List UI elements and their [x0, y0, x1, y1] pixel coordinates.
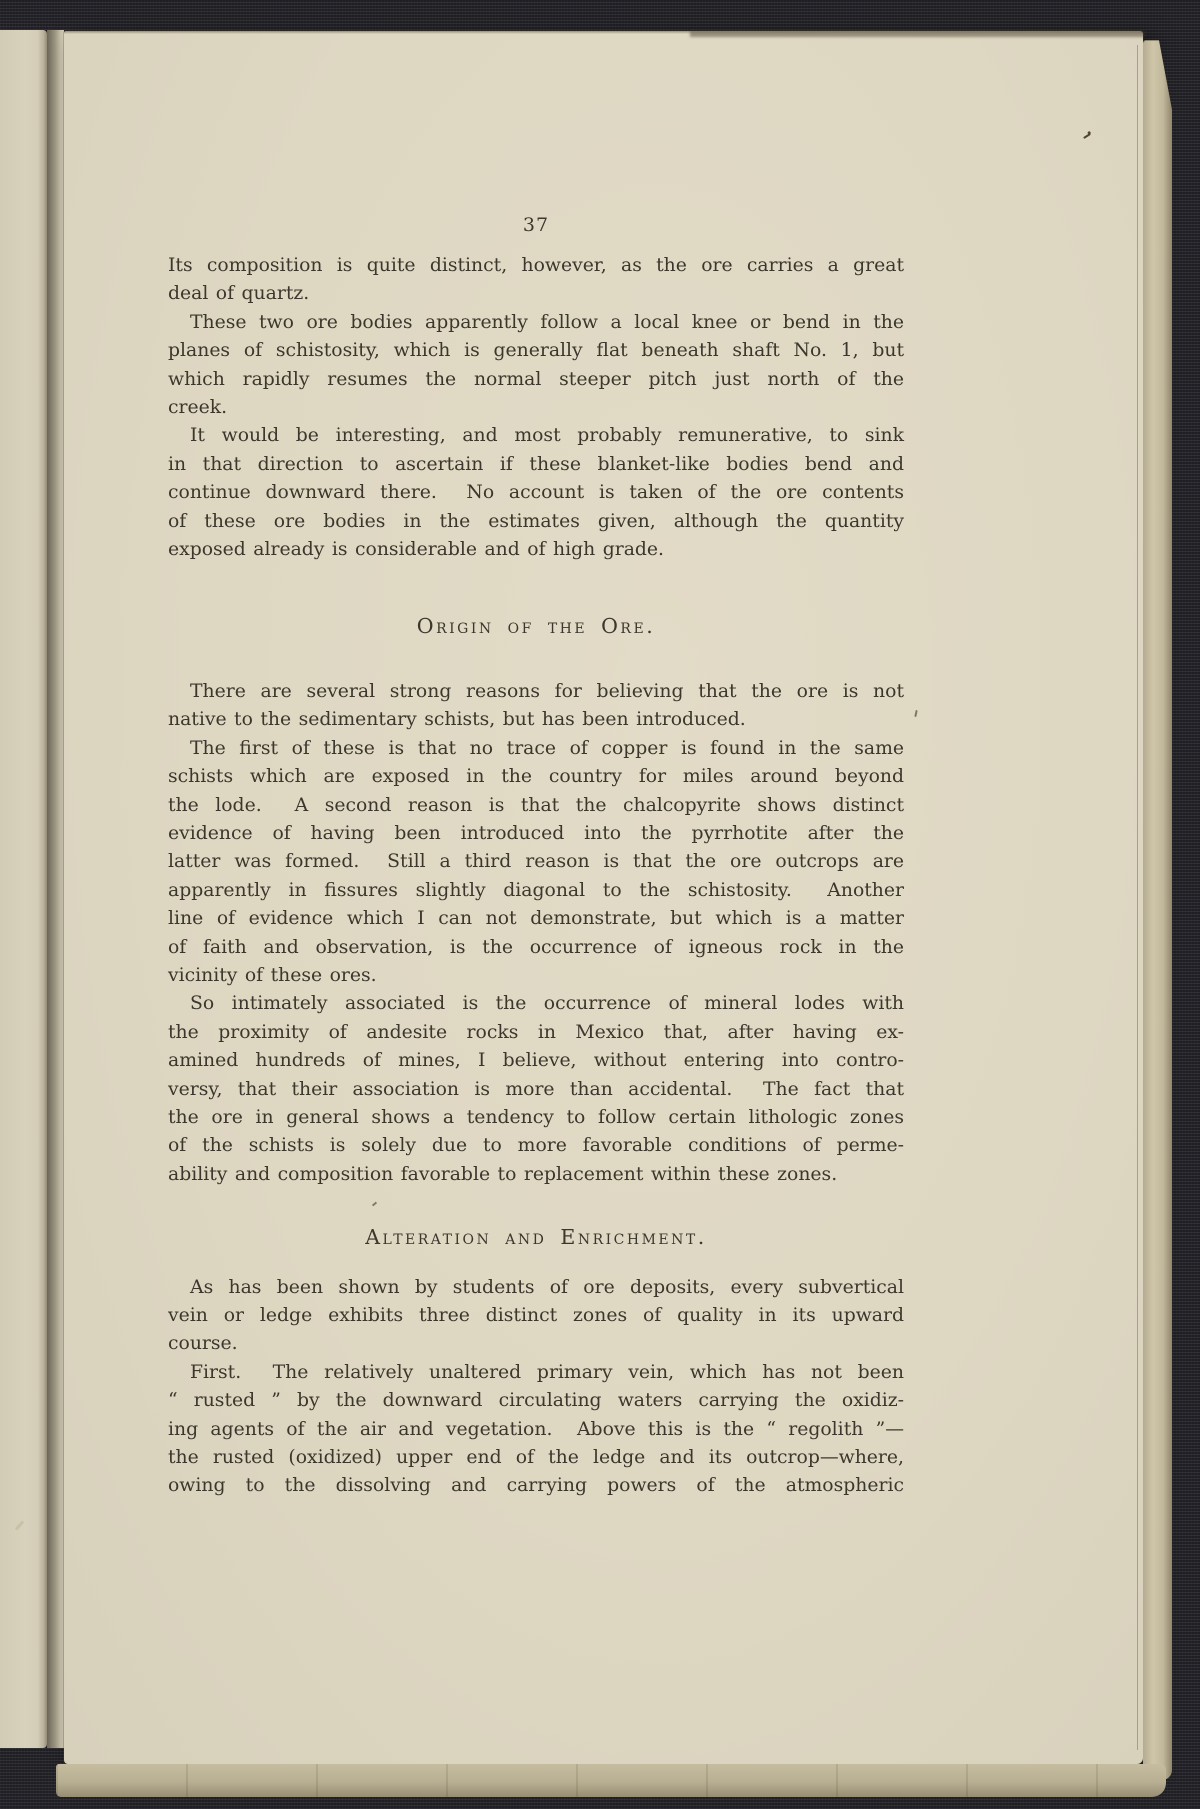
text-line: schists which are exposed in the country… [168, 763, 904, 791]
body-text: Its composition is quite distinct, howev… [168, 252, 904, 1501]
text-line: course. [168, 1330, 904, 1358]
text-line: of the schists is solely due to more fav… [168, 1132, 904, 1160]
text-line: the rusted (oxidized) upper end of the l… [168, 1444, 904, 1472]
text-line: Its composition is quite distinct, howev… [168, 252, 904, 280]
paragraph: It would be interesting, and most probab… [168, 422, 904, 564]
page-stack-bottom-edge [56, 1764, 1166, 1797]
scan-background: { "colors": { "background_cloth": "#2a2a… [0, 0, 1200, 1809]
section-heading-alteration-and-enrichment: Alteration and Enrichment. [168, 1223, 904, 1251]
text-line: which rapidly resumes the normal steeper… [168, 366, 904, 394]
text-line: versy, that their association is more th… [168, 1076, 904, 1104]
text-line: owing to the dissolving and carrying pow… [168, 1472, 904, 1500]
text-line: the lode. A second reason is that the ch… [168, 792, 904, 820]
text-line: First. The relatively unaltered primary … [168, 1359, 904, 1387]
text-line: continue downward there. No account is t… [168, 479, 904, 507]
underpage-edge-line [1137, 45, 1138, 1750]
paragraph: These two ore bodies apparently follow a… [168, 309, 904, 423]
text-line: “ rusted ” by the downward circulating w… [168, 1387, 904, 1415]
paragraph: Its composition is quite distinct, howev… [168, 252, 904, 309]
text-line: of these ore bodies in the estimates giv… [168, 508, 904, 536]
text-line: vicinity of these ores. [168, 962, 904, 990]
paragraph: The first of these is that no trace of c… [168, 735, 904, 991]
text-line: line of evidence which I can not demonst… [168, 905, 904, 933]
text-line: latter was formed. Still a third reason … [168, 848, 904, 876]
paragraph: First. The relatively unaltered primary … [168, 1359, 904, 1501]
text-line: There are several strong reasons for bel… [168, 678, 904, 706]
page-top-edge-smudge [690, 31, 1145, 37]
paragraph: So intimately associated is the occurren… [168, 990, 904, 1189]
text-line: These two ore bodies apparently follow a… [168, 309, 904, 337]
page-number: 37 [168, 214, 904, 236]
paragraph: As has been shown by students of ore dep… [168, 1274, 904, 1359]
gutter-shadow [47, 30, 64, 1748]
text-line: deal of quartz. [168, 280, 904, 308]
text-line: the proximity of andesite rocks in Mexic… [168, 1019, 904, 1047]
text-line: ing agents of the air and vegetation. Ab… [168, 1416, 904, 1444]
text-line: apparently in fissures slightly diagonal… [168, 877, 904, 905]
facing-page-edge [0, 30, 47, 1748]
text-line: exposed already is considerable and of h… [168, 536, 904, 564]
text-line: native to the sedimentary schists, but h… [168, 706, 904, 734]
text-line: the ore in general shows a tendency to f… [168, 1104, 904, 1132]
section-heading-origin-of-the-ore: Origin of the Ore. [168, 612, 904, 640]
text-line: in that direction to ascertain if these … [168, 451, 904, 479]
text-line: planes of schistosity, which is generall… [168, 337, 904, 365]
text-line: So intimately associated is the occurren… [168, 990, 904, 1018]
text-line: amined hundreds of mines, I believe, wit… [168, 1047, 904, 1075]
paragraph: There are several strong reasons for bel… [168, 678, 904, 735]
text-line: The first of these is that no trace of c… [168, 735, 904, 763]
text-line: It would be interesting, and most probab… [168, 422, 904, 450]
text-line: evidence of having been introduced into … [168, 820, 904, 848]
text-line: ability and composition favorable to rep… [168, 1161, 904, 1189]
text-line: vein or ledge exhibits three distinct zo… [168, 1302, 904, 1330]
page-stack-right-edge [1143, 40, 1172, 1780]
text-line: As has been shown by students of ore dep… [168, 1274, 904, 1302]
text-line: of faith and observation, is the occurre… [168, 934, 904, 962]
text-line: creek. [168, 394, 904, 422]
